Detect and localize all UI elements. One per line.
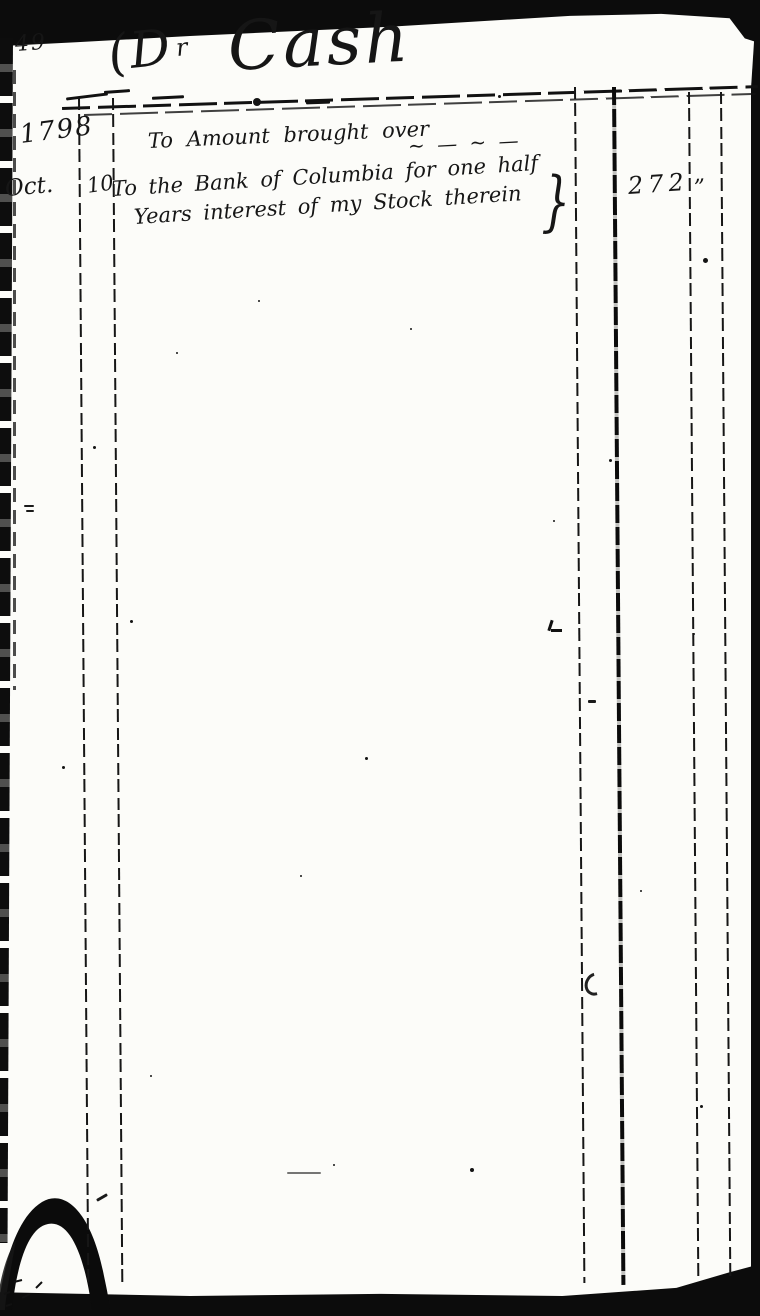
page-curl-fold (0, 1178, 146, 1312)
column-rule-desc-end (574, 87, 585, 1283)
stray-ink-c-mark (580, 968, 610, 999)
ink-speck (609, 459, 612, 462)
header-dash-2 (104, 89, 130, 94)
entry-amount-dollars: 272 (627, 168, 690, 200)
entry-brace: } (541, 163, 571, 241)
entry-line1-description: To Amount brought over (147, 117, 429, 153)
ink-speck (93, 446, 96, 449)
ink-speck (130, 620, 133, 623)
ink-speck (300, 875, 302, 877)
header-dash-3 (152, 95, 184, 100)
scan-edge-left (0, 38, 13, 1243)
stray-ink-dash-3 (588, 700, 596, 703)
header-dash-1 (66, 92, 108, 100)
ink-speck (640, 890, 642, 892)
debit-abbrev: D (127, 18, 173, 80)
ink-speck (258, 300, 260, 302)
entry-month: Oct. (4, 172, 54, 202)
ink-speck (150, 1075, 152, 1077)
page-curl-shape (0, 1198, 110, 1310)
ink-speck (365, 757, 368, 760)
ink-speck (700, 1105, 703, 1108)
ink-speck (62, 766, 65, 769)
stray-ink-tick-stroke-2 (551, 629, 562, 632)
ink-speck (410, 328, 412, 330)
scan-edge-right (751, 26, 760, 1278)
column-rule-cents-right (720, 92, 731, 1282)
column-rule-month-day (78, 98, 89, 1288)
column-rule-day-desc (112, 98, 123, 1288)
stray-ink-tick-mark (549, 620, 565, 634)
debit-abbrev-superscript: r (175, 33, 189, 62)
entry-amount-cents-ditto: ” (693, 175, 706, 201)
entry-year: 1798 (18, 111, 95, 150)
ink-speck (470, 1168, 474, 1172)
stray-ink-dash-1 (24, 505, 34, 507)
ink-speck (703, 258, 708, 263)
ledger-page-scan: 49 ( D r Cash 1798 Oct. 10 To Amount bro… (0, 0, 760, 1316)
ink-speck (693, 633, 695, 635)
header-ink-blot (253, 98, 261, 106)
ink-speck (176, 352, 178, 354)
scan-edge-left-inner-line (13, 70, 16, 690)
column-rule-dollars-cents (688, 92, 699, 1282)
stray-ink-scratch (287, 1172, 321, 1174)
account-title: Cash (226, 0, 413, 87)
page-number: 49 (14, 30, 48, 57)
header-dash-4 (306, 101, 330, 105)
stray-ink-dash-2 (26, 510, 34, 512)
column-rule-amount-left (612, 87, 625, 1285)
ink-speck (498, 95, 501, 98)
ink-speck (553, 520, 555, 522)
ink-speck (333, 1164, 335, 1166)
entry-day: 10 (85, 170, 115, 197)
